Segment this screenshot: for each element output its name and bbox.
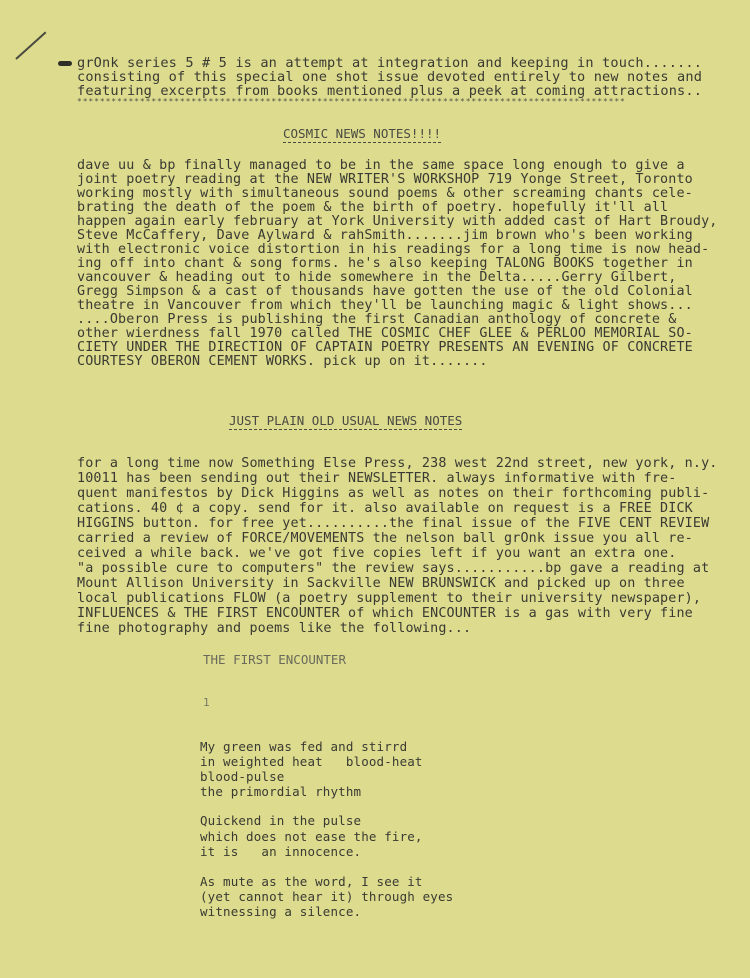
poem-line: blood-pulse bbox=[200, 769, 284, 785]
body-line: "a possible cure to computers" the revie… bbox=[77, 561, 709, 577]
body-line: COURTESY OBERON CEMENT WORKS. pick up on… bbox=[77, 354, 488, 370]
body-line: HIGGINS button. for free yet..........th… bbox=[77, 516, 709, 532]
body-line: fine photography and poems like the foll… bbox=[77, 621, 471, 637]
ink-blot bbox=[58, 61, 72, 66]
asterisk-separator: ****************************************… bbox=[77, 97, 715, 106]
section-heading-cosmic-news: COSMIC NEWS NOTES!!!! bbox=[283, 126, 441, 143]
body-line: cations. 40 ¢ a copy. send for it. also … bbox=[77, 501, 693, 517]
poem-line: Quickend in the pulse bbox=[200, 813, 361, 829]
poem-line: (yet cannot hear it) through eyes bbox=[200, 889, 453, 905]
body-line: ceived a while back. we've got five copi… bbox=[77, 546, 676, 562]
body-line: for a long time now Something Else Press… bbox=[77, 456, 718, 472]
body-line: Mount Allison University in Sackville NE… bbox=[77, 576, 685, 592]
body-line: local publications FLOW (a poetry supple… bbox=[77, 591, 701, 607]
body-line: quent manifestos by Dick Higgins as well… bbox=[77, 486, 709, 502]
poem-line: witnessing a silence. bbox=[200, 904, 361, 920]
typewritten-page: grOnk series 5 # 5 is an attempt at inte… bbox=[0, 0, 750, 978]
poem-title: THE FIRST ENCOUNTER bbox=[203, 652, 346, 667]
body-line: 10011 has been sending out their NEWSLET… bbox=[77, 471, 676, 487]
body-line: INFLUENCES & THE FIRST ENCOUNTER of whic… bbox=[77, 606, 693, 622]
poem-line: As mute as the word, I see it bbox=[200, 874, 423, 890]
poem-section-number: 1 bbox=[203, 696, 210, 709]
poem-line: in weighted heat blood-heat bbox=[200, 754, 423, 770]
body-line: carried a review of FORCE/MOVEMENTS the … bbox=[77, 531, 693, 547]
poem-line: it is an innocence. bbox=[200, 844, 361, 860]
poem-line: the primordial rhythm bbox=[200, 784, 361, 800]
pen-stroke-mark bbox=[15, 31, 46, 59]
section-heading-usual-news: JUST PLAIN OLD USUAL NEWS NOTES bbox=[229, 413, 462, 430]
poem-line: My green was fed and stirrd bbox=[200, 739, 407, 755]
poem-line: which does not ease the fire, bbox=[200, 829, 423, 845]
